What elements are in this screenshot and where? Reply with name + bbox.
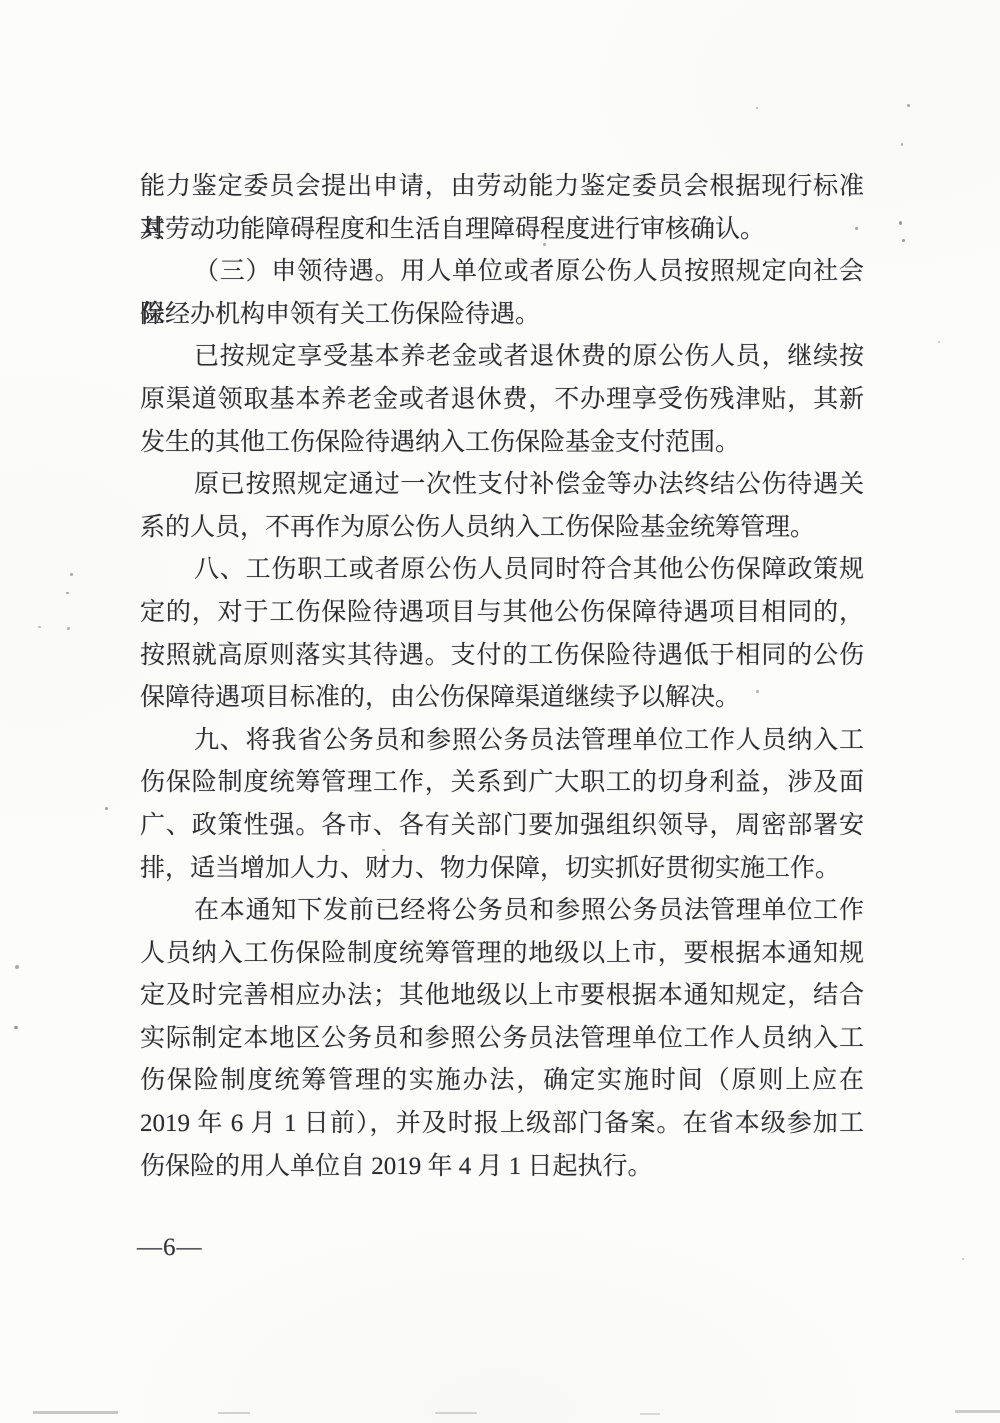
text-line: 定及时完善相应办法；其他地级以上市要根据本通知规定，结合 — [140, 975, 864, 1018]
text-line: 已按规定享受基本养老金或者退休费的原公伤人员，继续按 — [140, 336, 864, 379]
page-number: —6— — [137, 1234, 203, 1262]
scan-speck — [105, 807, 108, 810]
text-line: 原已按照规定通过一次性支付补偿金等办法终结公伤待遇关 — [140, 464, 864, 507]
scan-speck — [756, 690, 759, 693]
text-line: （三）申领待遇。用人单位或者原公伤人员按照规定向社会保 — [140, 251, 864, 294]
text-line: 广、政策性强。各市、各有关部门要加强组织领导，周密部署安 — [140, 805, 864, 848]
scanned-document-page: 能力鉴定委员会提出申请，由劳动能力鉴定委员会根据现行标准对 其劳动功能障碍程度和… — [0, 0, 1000, 1423]
scan-speck — [382, 849, 385, 851]
scan-speck — [901, 143, 903, 146]
text-line: 2019 年 6 月 1 日前），并及时报上级部门备案。在省本级参加工 — [140, 1103, 864, 1146]
text-line: 险经办机构申领有关工伤保险待遇。 — [140, 294, 864, 337]
scan-edge-artifact — [218, 1412, 250, 1414]
document-body: 能力鉴定委员会提出申请，由劳动能力鉴定委员会根据现行标准对 其劳动功能障碍程度和… — [140, 166, 864, 1188]
text-line: 在本通知下发前已经将公务员和参照公务员法管理单位工作 — [140, 890, 864, 933]
text-line: 按照就高原则落实其待遇。支付的工伤保险待遇低于相同的公伤 — [140, 635, 864, 678]
text-line: 伤保险制度统筹管理工作，关系到广大职工的切身利益，涉及面 — [140, 762, 864, 805]
scan-edge-artifact — [640, 1413, 660, 1415]
text-line: 实际制定本地区公务员和参照公务员法管理单位工作人员纳入工 — [140, 1018, 864, 1061]
text-line: 排，适当增加人力、财力、物力保障，切实抓好贯彻实施工作。 — [140, 848, 864, 891]
scan-speck — [756, 107, 758, 109]
text-line: 其劳动功能障碍程度和生活自理障碍程度进行审核确认。 — [140, 209, 864, 252]
scan-edge-artifact — [435, 1412, 477, 1414]
text-line: 伤保险的用人单位自 2019 年 4 月 1 日起执行。 — [140, 1146, 864, 1189]
scan-speck — [902, 239, 905, 242]
text-line: 能力鉴定委员会提出申请，由劳动能力鉴定委员会根据现行标准对 — [140, 166, 864, 209]
scan-speck — [938, 341, 940, 343]
scan-speck — [15, 965, 19, 969]
scan-speck — [907, 104, 910, 107]
scan-speck — [855, 227, 858, 230]
scan-speck — [67, 627, 70, 630]
scan-edge-artifact — [33, 1411, 118, 1414]
scan-speck — [648, 700, 651, 703]
scan-edge-artifact — [955, 1410, 1000, 1413]
text-line: 保障待遇项目标准的，由公伤保障渠道继续予以解决。 — [140, 677, 864, 720]
text-line: 伤保险制度统筹管理的实施办法，确定实施时间（原则上应在 — [140, 1060, 864, 1103]
text-line: 原渠道领取基本养老金或者退休费，不办理享受伤残津贴，其新 — [140, 379, 864, 422]
text-line: 人员纳入工伤保险制度统筹管理的地级以上市，要根据本通知规 — [140, 933, 864, 976]
scan-speck — [899, 221, 902, 225]
scan-speck — [962, 1258, 964, 1260]
scan-speck — [543, 243, 546, 246]
text-line: 九、将我省公务员和参照公务员法管理单位工作人员纳入工 — [140, 720, 864, 763]
scan-speck — [14, 1026, 18, 1029]
scan-speck — [70, 573, 73, 576]
scan-speck — [38, 626, 41, 628]
text-line: 系的人员，不再作为原公伤人员纳入工伤保险基金统筹管理。 — [140, 507, 864, 550]
text-line: 发生的其他工伤保险待遇纳入工伤保险基金支付范围。 — [140, 422, 864, 465]
text-line: 八、工伤职工或者原公伤人员同时符合其他公伤保障政策规 — [140, 549, 864, 592]
scan-speck — [66, 592, 69, 594]
text-line: 定的，对于工伤保险待遇项目与其他公伤保障待遇项目相同的， — [140, 592, 864, 635]
